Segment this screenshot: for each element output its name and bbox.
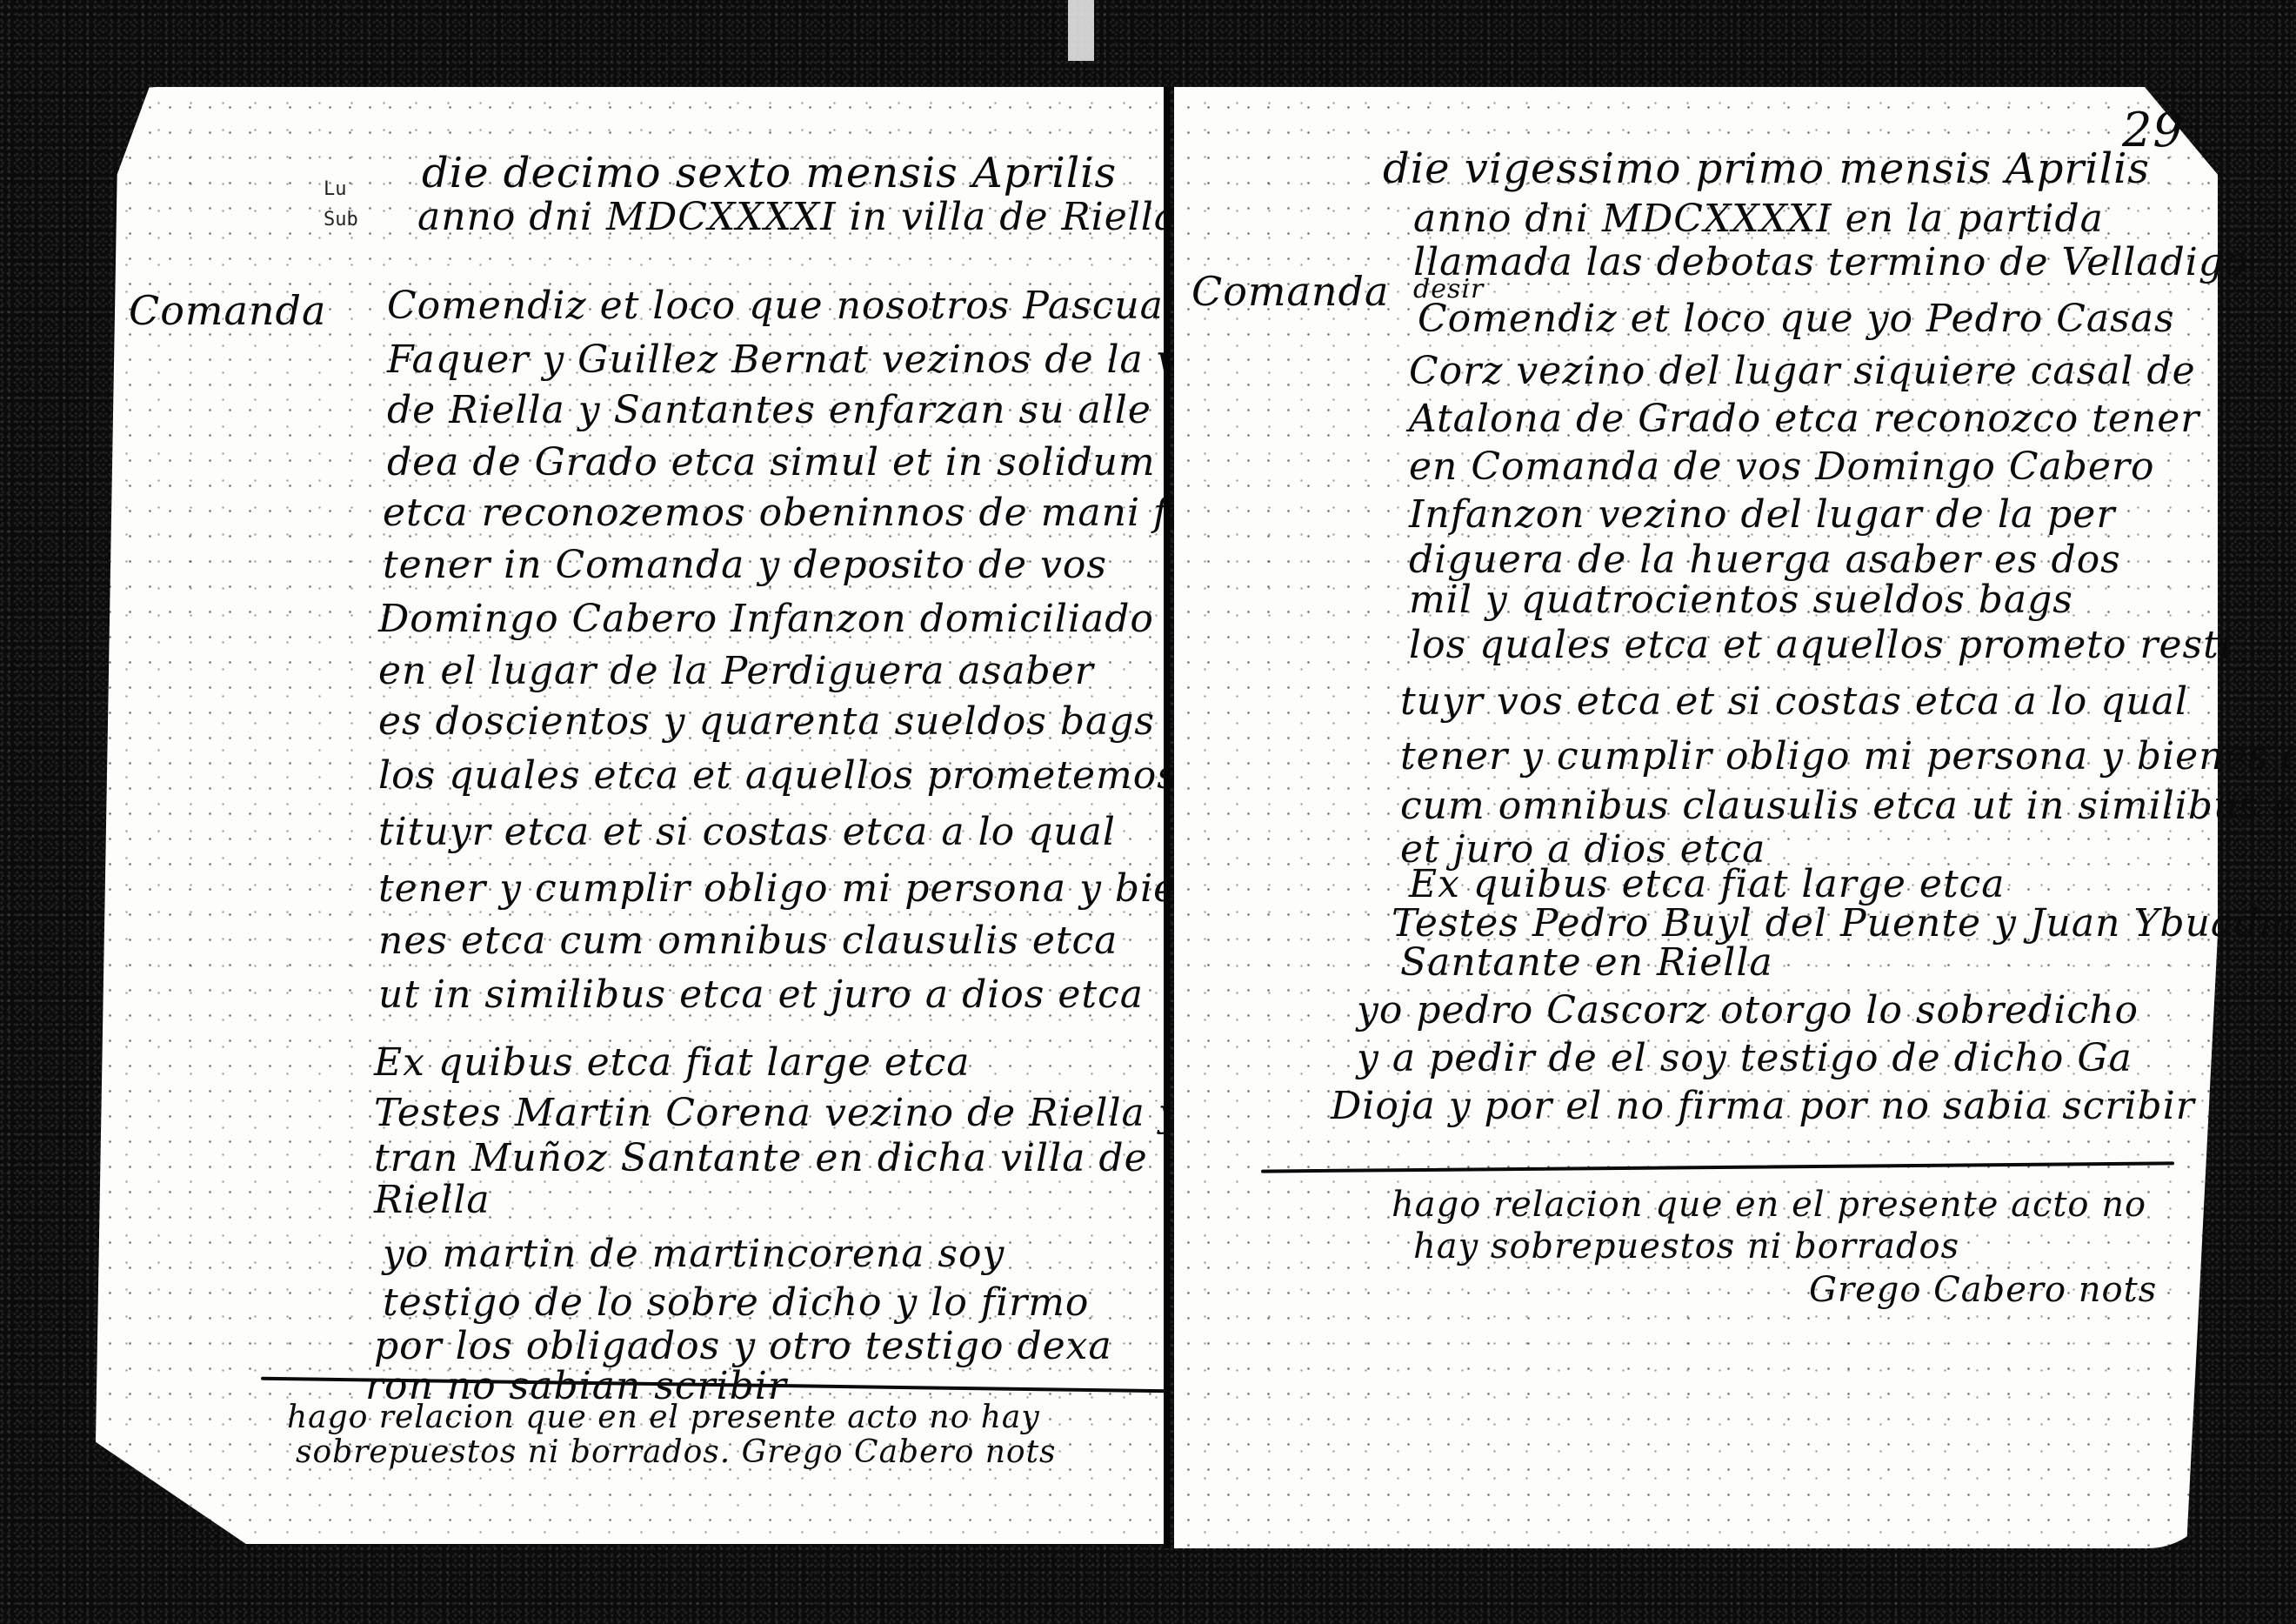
text-line: Riella [374, 1181, 491, 1220]
text-line: Testes Martin Corena vezino de Riella y … [374, 1094, 1246, 1133]
text-line: hago relacion que en el presente acto no… [287, 1402, 1040, 1434]
text-line: dea de Grado etca simul et in solidum [387, 444, 1156, 482]
text-line: yo martin de martincorena soy [383, 1235, 1004, 1273]
text-line: llamada las debotas termino de Velladigo [1413, 244, 2248, 282]
spine-label-tab [1068, 0, 1094, 61]
page-gutter [1164, 87, 1170, 1548]
text-line: Atalona de Grado etca reconozco tener [1409, 400, 2199, 438]
text-line: mil y quatrocientos sueldos bags [1409, 581, 2073, 619]
text-line: los quales etca et aquellos prometo rest… [1409, 626, 2233, 665]
text-line: Dioja y por el no firma por no sabia scr… [1331, 1087, 2195, 1126]
text-line: tituyr etca et si costas etca a lo qual [378, 813, 1116, 852]
text-line: Domingo Cabero Infanzon domiciliado [378, 600, 1154, 638]
text-line: Corz vezino del lugar siquiere casal de [1409, 352, 2196, 391]
text-line: en el lugar de la Perdiguera asaber [378, 652, 1094, 691]
text-line: por los obligados y otro testigo dexa [374, 1327, 1112, 1366]
text-line: Testes Pedro Buyl del Puente y Juan Ybua… [1392, 905, 2296, 943]
text-line: los quales etca et aquellos prometemos r… [378, 757, 1253, 795]
text-line: Comendiz et loco que yo Pedro Casas [1418, 300, 2175, 338]
text-line: Infanzon vezino del lugar de la per [1409, 496, 2115, 534]
left-page-mark: Sub [324, 209, 358, 231]
text-line: tuyr vos etca et si costas etca a lo qua… [1400, 683, 2188, 721]
text-line: sobrepuestos ni borrados. Grego Cabero n… [296, 1437, 1057, 1468]
text-line: hago relacion que en el presente acto no [1392, 1187, 2146, 1222]
text-line: diguera de la huerga asaber es dos [1409, 541, 2121, 579]
text-line: anno dni MDCXXXXI in villa de Riella [417, 198, 1178, 237]
text-line: tener y cumplir obligo mi persona y bie [378, 870, 1177, 908]
text-line: de Riella y Santantes enfarzan su alle [387, 391, 1151, 430]
text-line: die vigessimo primo mensis Aprilis [1383, 148, 2150, 190]
text-line: en Comanda de vos Domingo Cabero [1409, 448, 2154, 486]
text-line: cum omnibus clausulis etca ut in similib… [1400, 787, 2296, 825]
text-line: Ex quibus etca fiat large etca [374, 1044, 971, 1082]
text-line: testigo de lo sobre dicho y lo firmo [383, 1284, 1089, 1322]
text-line: Grego Cabero nots [1809, 1273, 2157, 1307]
text-line: tener y cumplir obligo mi persona y bien… [1400, 738, 2296, 776]
text-line: y a pedir de el soy testigo de dicho Ga [1357, 1039, 2132, 1078]
text-line: yo pedro Cascorz otorgo lo sobredicho [1357, 992, 2139, 1030]
text-line: nes etca cum omnibus clausulis etca [378, 922, 1118, 960]
text-line: anno dni MDCXXXXI en la partida [1413, 200, 2104, 238]
text-line: hay sobrepuestos ni borrados [1413, 1229, 1959, 1264]
text-line: ut in similibus etca et juro a dios etca [378, 976, 1144, 1014]
left-margin-label: Comanda [129, 287, 326, 334]
text-line: Comendiz et loco que nosotros Pascual [387, 287, 1177, 325]
text-line: tener in Comanda y deposito de vos [383, 546, 1107, 585]
text-line: Santante en Riella [1400, 944, 1773, 982]
text-line: es doscientos y quarenta sueldos bags [378, 703, 1155, 741]
text-line: die decimo sexto mensis Aprilis [422, 152, 1117, 194]
text-line: Faquer y Guillez Bernat vezinos de la vi… [387, 341, 1242, 379]
text-line: etca reconozemos obeninnos de mani fiest… [383, 494, 1265, 532]
right-margin-label: Comanda [1191, 268, 1389, 315]
left-page-mark: Lu [324, 178, 347, 200]
text-line: tran Muñoz Santante en dicha villa de [374, 1139, 1148, 1178]
text-line: Ex quibus etca fiat large etca [1409, 865, 2006, 904]
